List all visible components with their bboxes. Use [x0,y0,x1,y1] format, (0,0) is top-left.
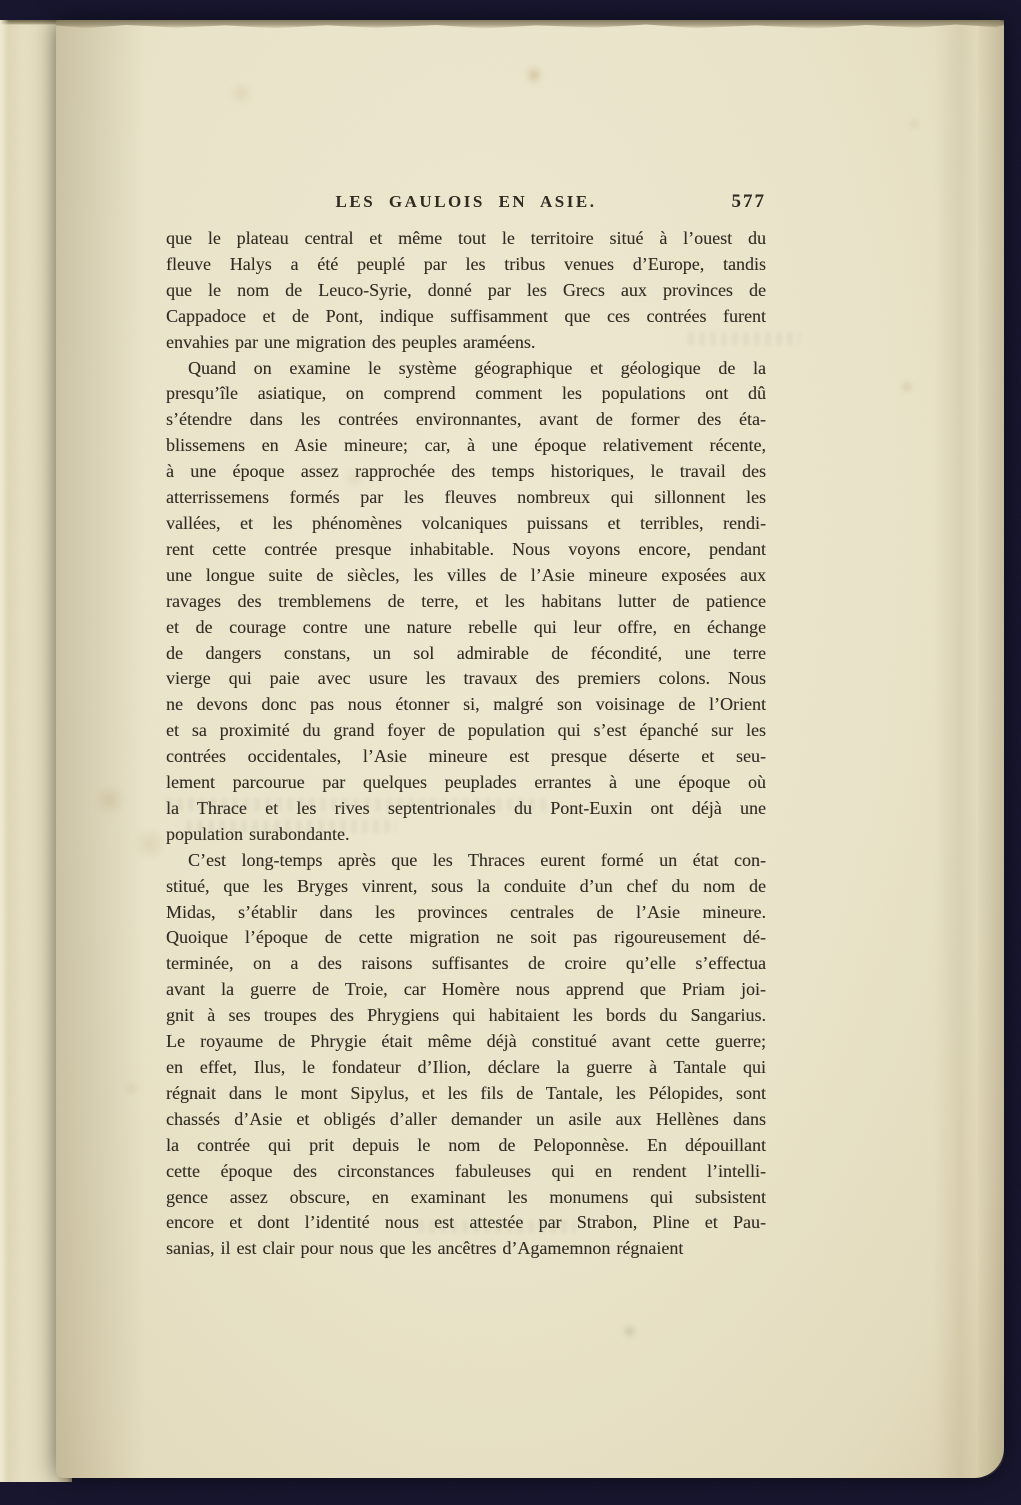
paragraph: Quand on examine le système géographique… [166,356,766,848]
text-line: en effet, Ilus, le fondateur d’Ilion, dé… [166,1055,766,1081]
text-line: envahies par une migration des peuples a… [166,330,766,356]
text-line: Quoique l’époque de cette migration ne s… [166,925,766,951]
page-top-edge [56,20,1004,29]
text-line: régnait dans le mont Sipylus, et les fil… [166,1081,766,1107]
text-line: stitué, que les Bryges vinrent, sous la … [166,874,766,900]
text-line: fleuve Halys a été peuplé par les tribus… [166,252,766,278]
text-line: et de courage contre une nature rebelle … [166,615,766,641]
text-line: Cappadoce et de Pont, indique suffisamme… [166,304,766,330]
foxing-stain [622,1326,637,1337]
paragraph: que le plateau central et même tout le t… [166,226,766,356]
book-page: LES GAULOIS EN ASIE. 577 que le plateau … [56,20,1004,1478]
text-line: s’étendre dans les contrées environnante… [166,407,766,433]
text-line: Quand on examine le système géographique… [166,356,766,382]
text-line: et sa proximité du grand foyer de popula… [166,718,766,744]
book-scan: LES GAULOIS EN ASIE. 577 que le plateau … [0,0,1021,1505]
text-line: gnit à ses troupes des Phrygiens qui hab… [166,1003,766,1029]
text-line: la contrée qui prit depuis le nom de Pel… [166,1133,766,1159]
text-line: une longue suite de siècles, les villes … [166,563,766,589]
text-line: de dangers constans, un sol admirable de… [166,641,766,667]
text-line: vallées, et les phénomènes volcaniques p… [166,511,766,537]
text-line: lement parcourue par quelques peuplades … [166,770,766,796]
text-line: gence assez obscure, en examinant les mo… [166,1185,766,1211]
text-line: cette époque des circonstances fabuleuse… [166,1159,766,1185]
page-right-edge [978,20,1004,1478]
text-line: rent cette contrée presque inhabitable. … [166,537,766,563]
text-line: vierge qui paie avec usure les travaux d… [166,666,766,692]
text-line: à une époque assez rapprochée des temps … [166,459,766,485]
paragraph: C’est long-temps après que les Thraces e… [166,848,766,1263]
text-line: blissemens en Asie mineure; car, à une é… [166,433,766,459]
text-line: sanias, il est clair pour nous que les a… [166,1236,766,1262]
text-line: encore et dont l’identité nous est attes… [166,1210,766,1236]
running-header: LES GAULOIS EN ASIE. 577 [166,192,766,218]
foxing-stain [902,382,912,392]
page-fold-shadow [934,20,978,1478]
gutter-shadow [56,20,146,1478]
text-line: la Thrace et les rives septentrionales d… [166,796,766,822]
foxing-stain [526,65,542,85]
foxing-stain [910,120,918,128]
text-line: ne devons donc pas nous étonner si, malg… [166,692,766,718]
foxing-stain [228,84,254,102]
text-line: avant la guerre de Troie, car Homère nou… [166,977,766,1003]
text-line: ravages des tremblemens de terre, et les… [166,589,766,615]
text-line: Midas, s’établir dans les provinces cent… [166,900,766,926]
text-line: contrées occidentales, l’Asie mineure es… [166,744,766,770]
text-line: atterrissemens formés par les fleuves no… [166,485,766,511]
text-line: population surabondante. [166,822,766,848]
text-block: que le plateau central et même tout le t… [166,226,766,1262]
running-title: LES GAULOIS EN ASIE. [166,192,766,212]
page-number: 577 [732,191,767,213]
text-line: Le royaume de Phrygie était même déjà co… [166,1029,766,1055]
text-line: C’est long-temps après que les Thraces e… [166,848,766,874]
text-line: que le nom de Leuco-Syrie, donné par les… [166,278,766,304]
text-line: chassés d’Asie et obligés d’aller demand… [166,1107,766,1133]
text-line: terminée, on a des raisons suffisantes d… [166,951,766,977]
text-line: presqu’île asiatique, on comprend commen… [166,381,766,407]
text-line: que le plateau central et même tout le t… [166,226,766,252]
